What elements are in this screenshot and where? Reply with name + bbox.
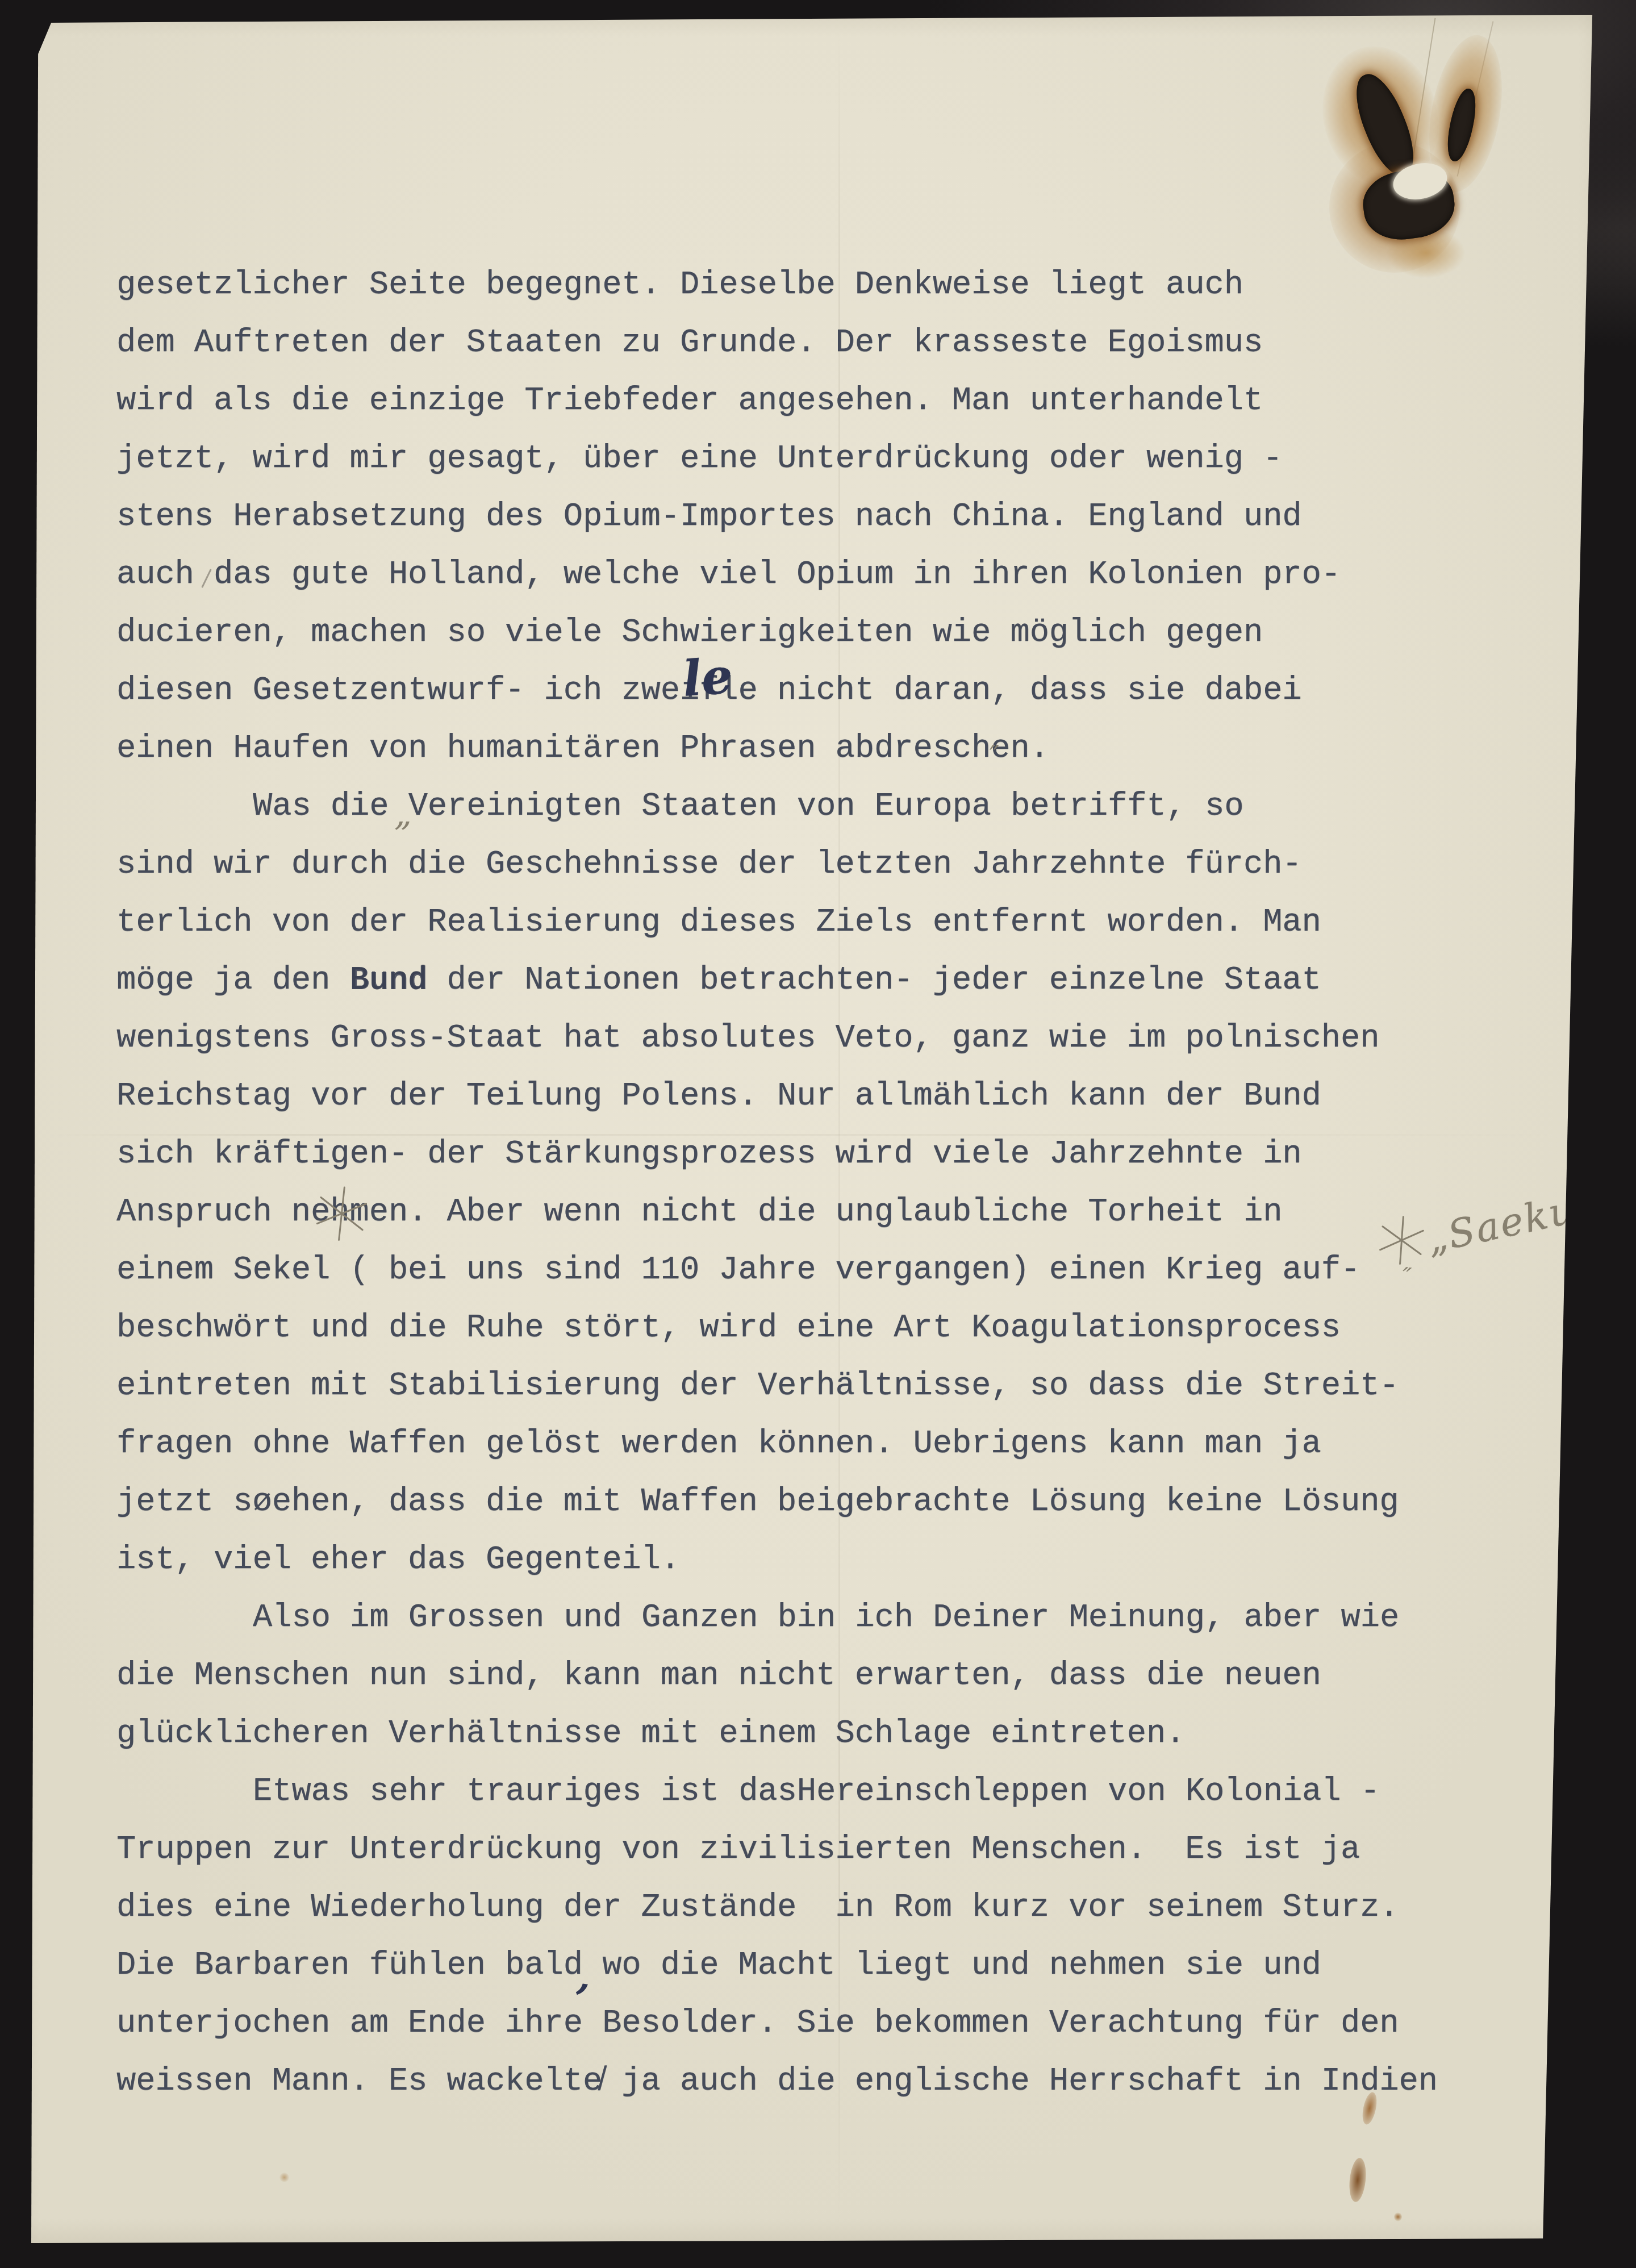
typed-line: sind wir durch die Geschehnisse der letz… (116, 836, 1451, 894)
typed-line: Reichstag vor der Teilung Polens. Nur al… (116, 1068, 1451, 1125)
pencil-quote-close: ″ (990, 740, 999, 770)
typed-line: beschwört und die Ruhe stört, wird eine … (116, 1299, 1451, 1357)
typed-line: die Menschen nun sind, kann man nicht er… (116, 1647, 1451, 1705)
typed-line: ist, viel eher das Gegenteil. (116, 1531, 1451, 1589)
typed-line: fragen ohne Waffen gelöst werden können.… (116, 1415, 1451, 1473)
typed-line: dies eine Wiederholung der Zustände in R… (116, 1879, 1451, 1937)
overtyped-word-bund: Bund (350, 952, 428, 1010)
foxing-stain (1347, 2157, 1368, 2203)
typed-line: wenigstens Gross-Staat hat absolutes Vet… (116, 1010, 1451, 1068)
typed-line: Anspruch nehmen. Aber wenn nicht die ung… (116, 1183, 1451, 1241)
scan-background: gesetzlicher Seite begegnet. Dieselbe De… (0, 0, 1636, 2268)
typed-line: unterjochen am Ende ihre Besolder. Sie b… (116, 1995, 1451, 2053)
typed-line: diesen Gesetzentwurf- ich zweifle nicht … (116, 662, 1451, 720)
typed-line: Truppen zur Unterdrückung von zivilisier… (116, 1821, 1451, 1879)
typed-line: gesetzlicher Seite begegnet. Dieselbe De… (116, 256, 1451, 314)
pencil-margin-note-saekulum: „Saekulum“ (1423, 1166, 1636, 1262)
pencil-asterisk-margin (1384, 1215, 1417, 1265)
typed-line: möge ja den Bund der Nationen betrachten… (116, 952, 1451, 1010)
typed-line: eintreten mit Stabilisierung der Verhält… (116, 1357, 1451, 1415)
typed-line: dem Auftreten der Staaten zu Grunde. Der… (116, 314, 1451, 372)
typed-line: Was die Vereinigten Staaten von Europa b… (116, 778, 1451, 836)
typed-line: Die Barbaren fühlen bald wo die Macht li… (116, 1937, 1451, 1995)
pencil-quote-open: „ (394, 794, 412, 834)
pencil-asterisk-inline (322, 1185, 360, 1242)
typed-line: jetzt søehen, dass die mit Waffen beigeb… (116, 1473, 1451, 1531)
typed-line: weissen Mann. Es wackelte̸ ja auch die e… (116, 2053, 1451, 2111)
typed-line: jetzt, wird mir gesagt, über eine Unterd… (116, 430, 1451, 488)
typed-line: auch das gute Holland, welche viel Opium… (116, 546, 1451, 604)
typed-line: wird als die einzige Triebfeder angesehe… (116, 372, 1451, 430)
typed-line: sich kräftigen- der Stärkungsprozess wir… (116, 1125, 1451, 1183)
letter-paper: gesetzlicher Seite begegnet. Dieselbe De… (0, 0, 1636, 2268)
typed-line: terlich von der Realisierung dieses Ziel… (116, 894, 1451, 952)
typed-line: Also im Grossen und Ganzen bin ich Deine… (116, 1589, 1451, 1647)
typed-line: ducieren, machen so viele Schwierigkeite… (116, 604, 1451, 662)
typed-line: einen Haufen von humanitären Phrasen abd… (116, 720, 1451, 778)
typed-line: glücklicheren Verhältnisse mit einem Sch… (116, 1705, 1451, 1763)
foxing-stain (279, 2173, 289, 2182)
typed-line: Etwas sehr trauriges ist dasHereinschlep… (116, 1763, 1451, 1821)
ink-correction-le: le (681, 647, 734, 708)
typed-line: einem Sekel ( bei uns sind 110 Jahre ver… (116, 1241, 1451, 1299)
foxing-stain (1394, 2212, 1402, 2221)
typed-text: gesetzlicher Seite begegnet. Dieselbe De… (116, 256, 1451, 2111)
typed-line: stens Herabsetzung des Opium-Importes na… (116, 488, 1451, 546)
